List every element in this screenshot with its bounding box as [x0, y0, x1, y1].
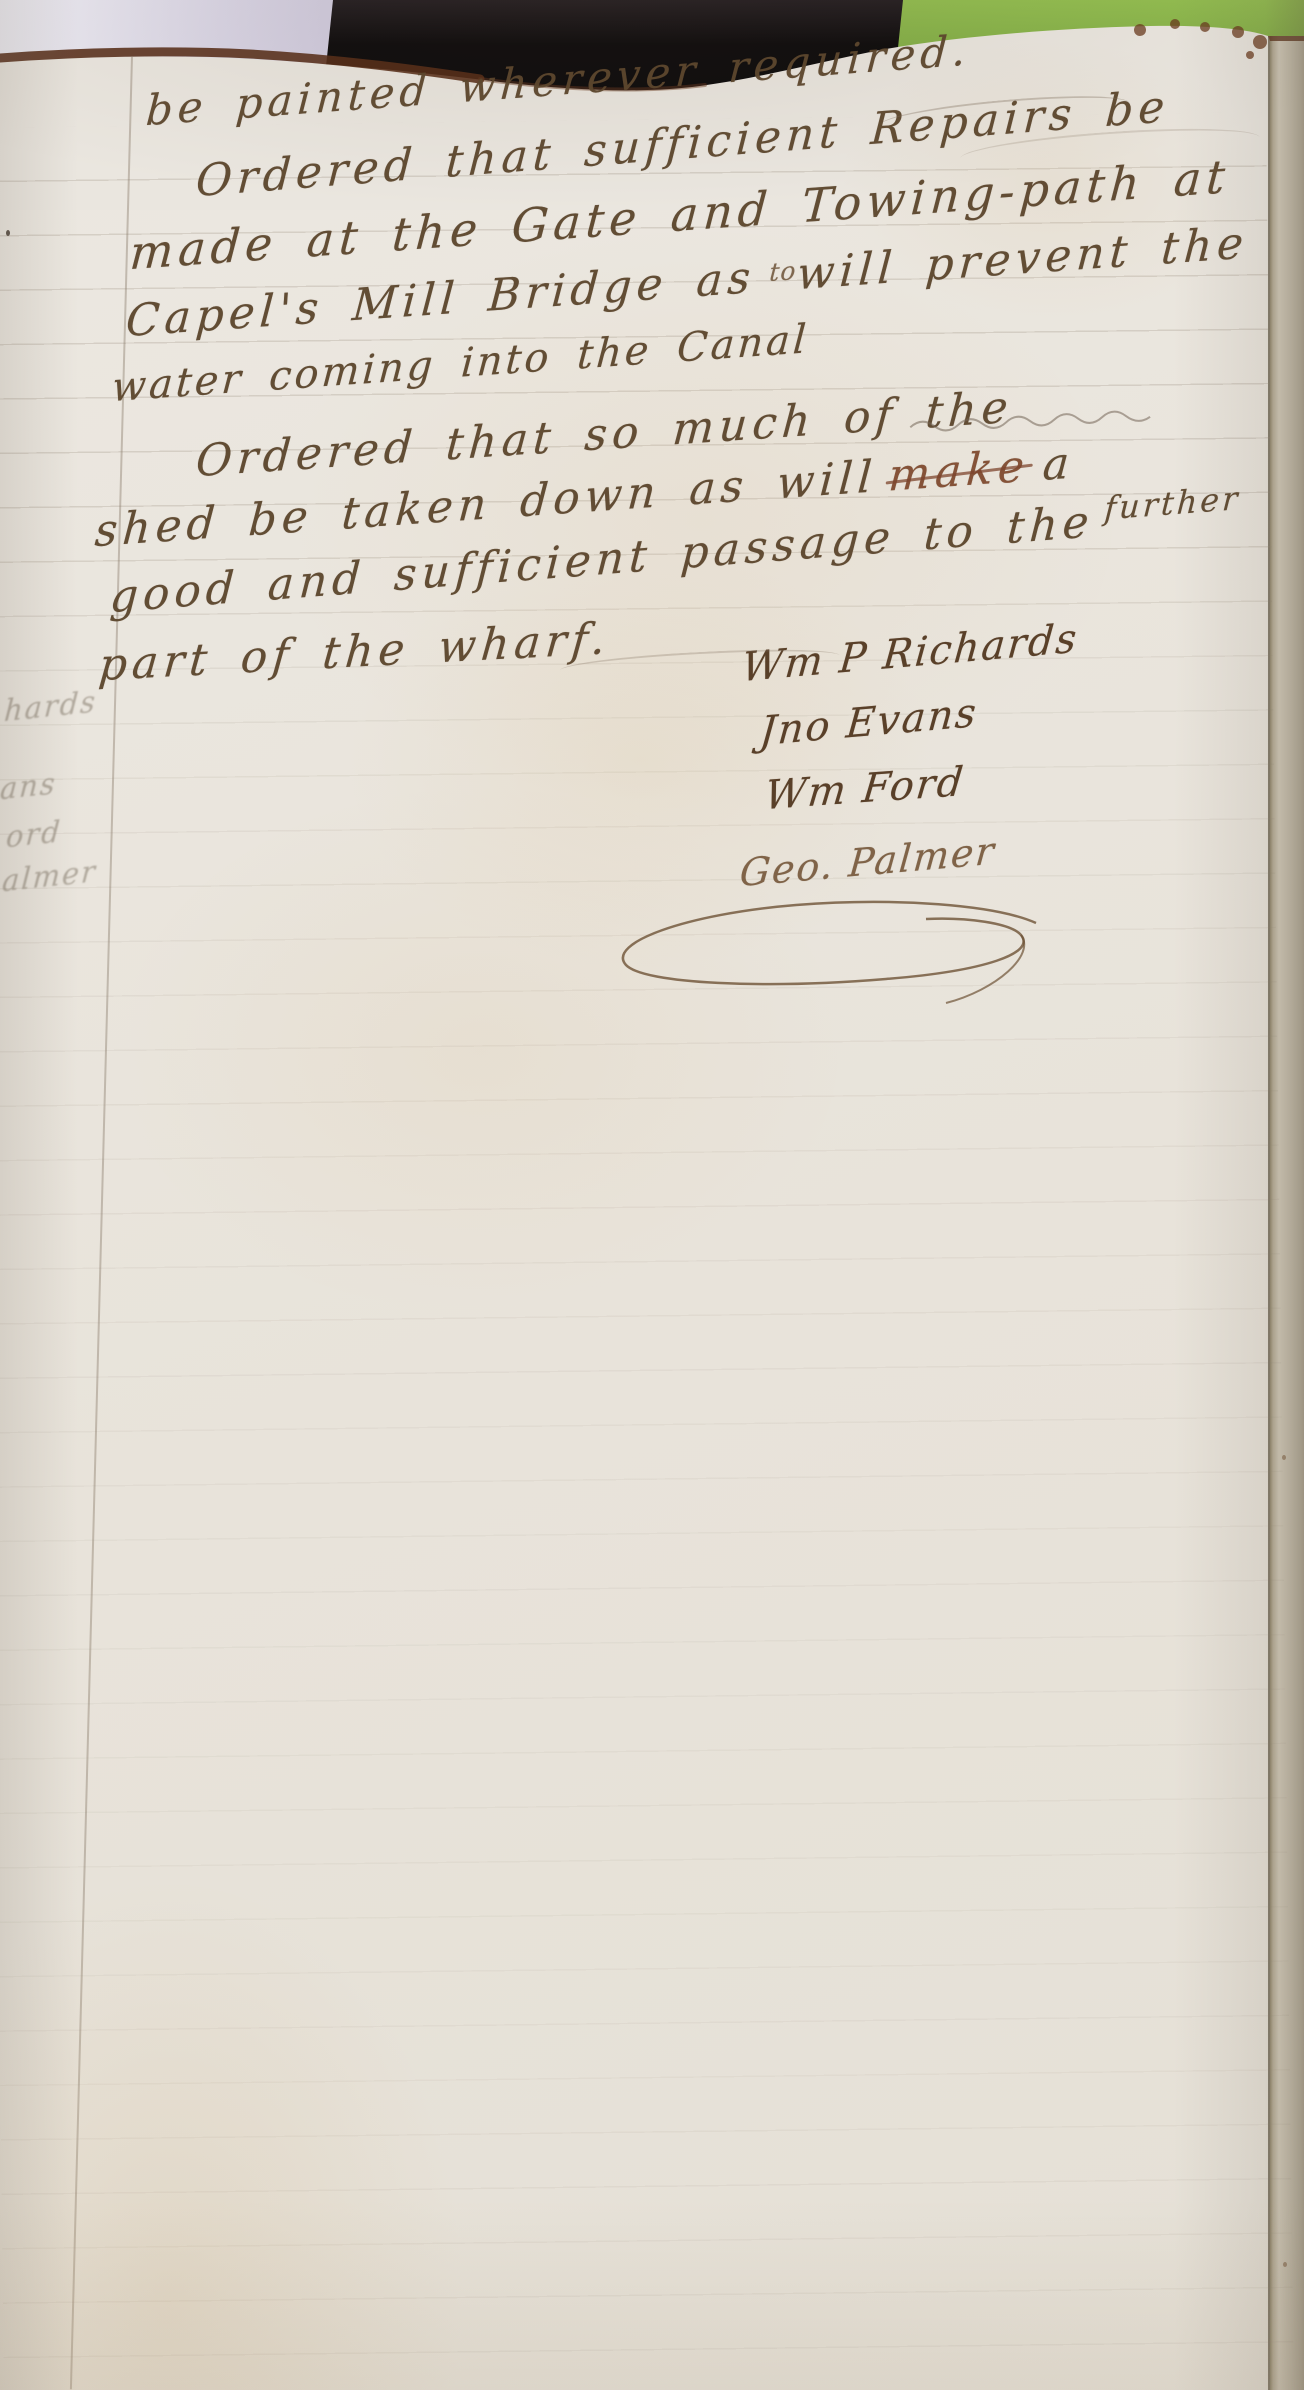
- ghost-fragment: ans: [0, 769, 58, 804]
- signature-flourish: [566, 895, 1056, 1015]
- edge-speck: [1282, 1455, 1286, 1460]
- photo-of-minute-book-page: be painted wherever required. Ordered th…: [0, 0, 1304, 2390]
- inserted-word: to: [768, 257, 797, 287]
- interlinear-insertion: to: [766, 289, 796, 291]
- ghost-fragment: ord: [5, 817, 63, 852]
- ink-dot: [6, 230, 10, 236]
- struck-through-word: make: [887, 440, 1031, 501]
- line-text: a: [1041, 437, 1076, 491]
